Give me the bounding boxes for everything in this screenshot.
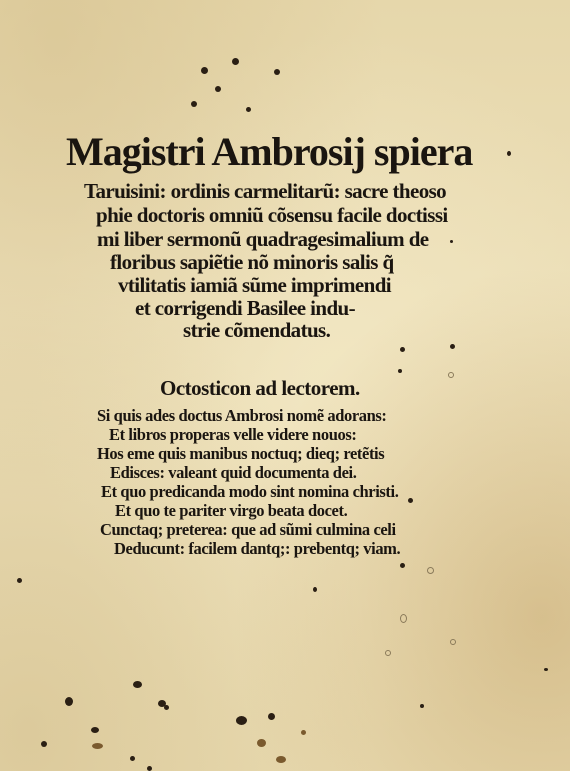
spot — [385, 650, 391, 656]
spot — [133, 681, 142, 688]
title-line-5: vtilitatis iamiã sũme imprimendi — [118, 273, 391, 298]
spot — [408, 498, 413, 503]
spot — [91, 727, 99, 733]
verse-line-7: Cunctaq; preterea: que ad sũmi culmina c… — [100, 520, 396, 540]
spot — [301, 730, 306, 735]
spot — [65, 697, 73, 706]
spot — [257, 739, 266, 747]
spot — [400, 563, 405, 568]
spot — [191, 101, 197, 107]
spot — [450, 344, 455, 349]
spot — [268, 713, 275, 720]
spot — [420, 704, 424, 708]
verse-line-8: Deducunt: facilem dantq;: prebentq; viam… — [114, 539, 400, 559]
spot — [427, 567, 434, 574]
spot — [232, 58, 239, 65]
document-page: Magistri Ambrosij spiera Taruisini: ordi… — [0, 0, 570, 771]
spot — [313, 587, 317, 592]
spot — [507, 151, 511, 156]
verse-line-2: Et libros properas velle videre nouos: — [109, 425, 356, 445]
spot — [147, 766, 152, 771]
spot — [246, 107, 251, 112]
spot — [201, 67, 208, 74]
spot — [276, 756, 286, 763]
spot — [236, 716, 247, 725]
verse-line-4: Edisces: valeant quid documenta dei. — [110, 463, 356, 483]
spot — [17, 578, 22, 583]
spot — [164, 705, 169, 710]
title-line-4: floribus sapiẽtie nõ minoris salis q̃ — [110, 250, 394, 275]
verse-line-3: Hos eme quis manibus noctuq; dieq; retẽt… — [97, 444, 384, 464]
title-line-1: Taruisini: ordinis carmelitarũ: sacre th… — [84, 179, 446, 204]
spot — [448, 372, 454, 378]
title-line-7: strie cõmendatus. — [183, 318, 330, 343]
octosticon-heading: Octosticon ad lectorem. — [160, 376, 360, 401]
title-line-3: mi liber sermonũ quadragesimalium de — [97, 227, 429, 252]
spot — [274, 69, 280, 75]
spot — [450, 240, 453, 243]
verse-line-5: Et quo predicanda modo sint nomina chris… — [101, 482, 398, 502]
spot — [41, 741, 47, 747]
title-heading: Magistri Ambrosij spiera — [66, 128, 472, 175]
spot — [130, 756, 135, 761]
verse-line-1: Si quis ades doctus Ambrosi nomẽ adorans… — [97, 406, 387, 426]
spot — [398, 369, 402, 373]
spot — [215, 86, 221, 92]
spot — [544, 668, 548, 671]
spot — [400, 347, 405, 352]
spot — [450, 639, 456, 645]
spot — [400, 614, 407, 623]
title-line-2: phie doctoris omniũ cõsensu facile docti… — [96, 203, 448, 228]
spot — [92, 743, 103, 749]
verse-line-6: Et quo te pariter virgo beata docet. — [115, 501, 347, 521]
